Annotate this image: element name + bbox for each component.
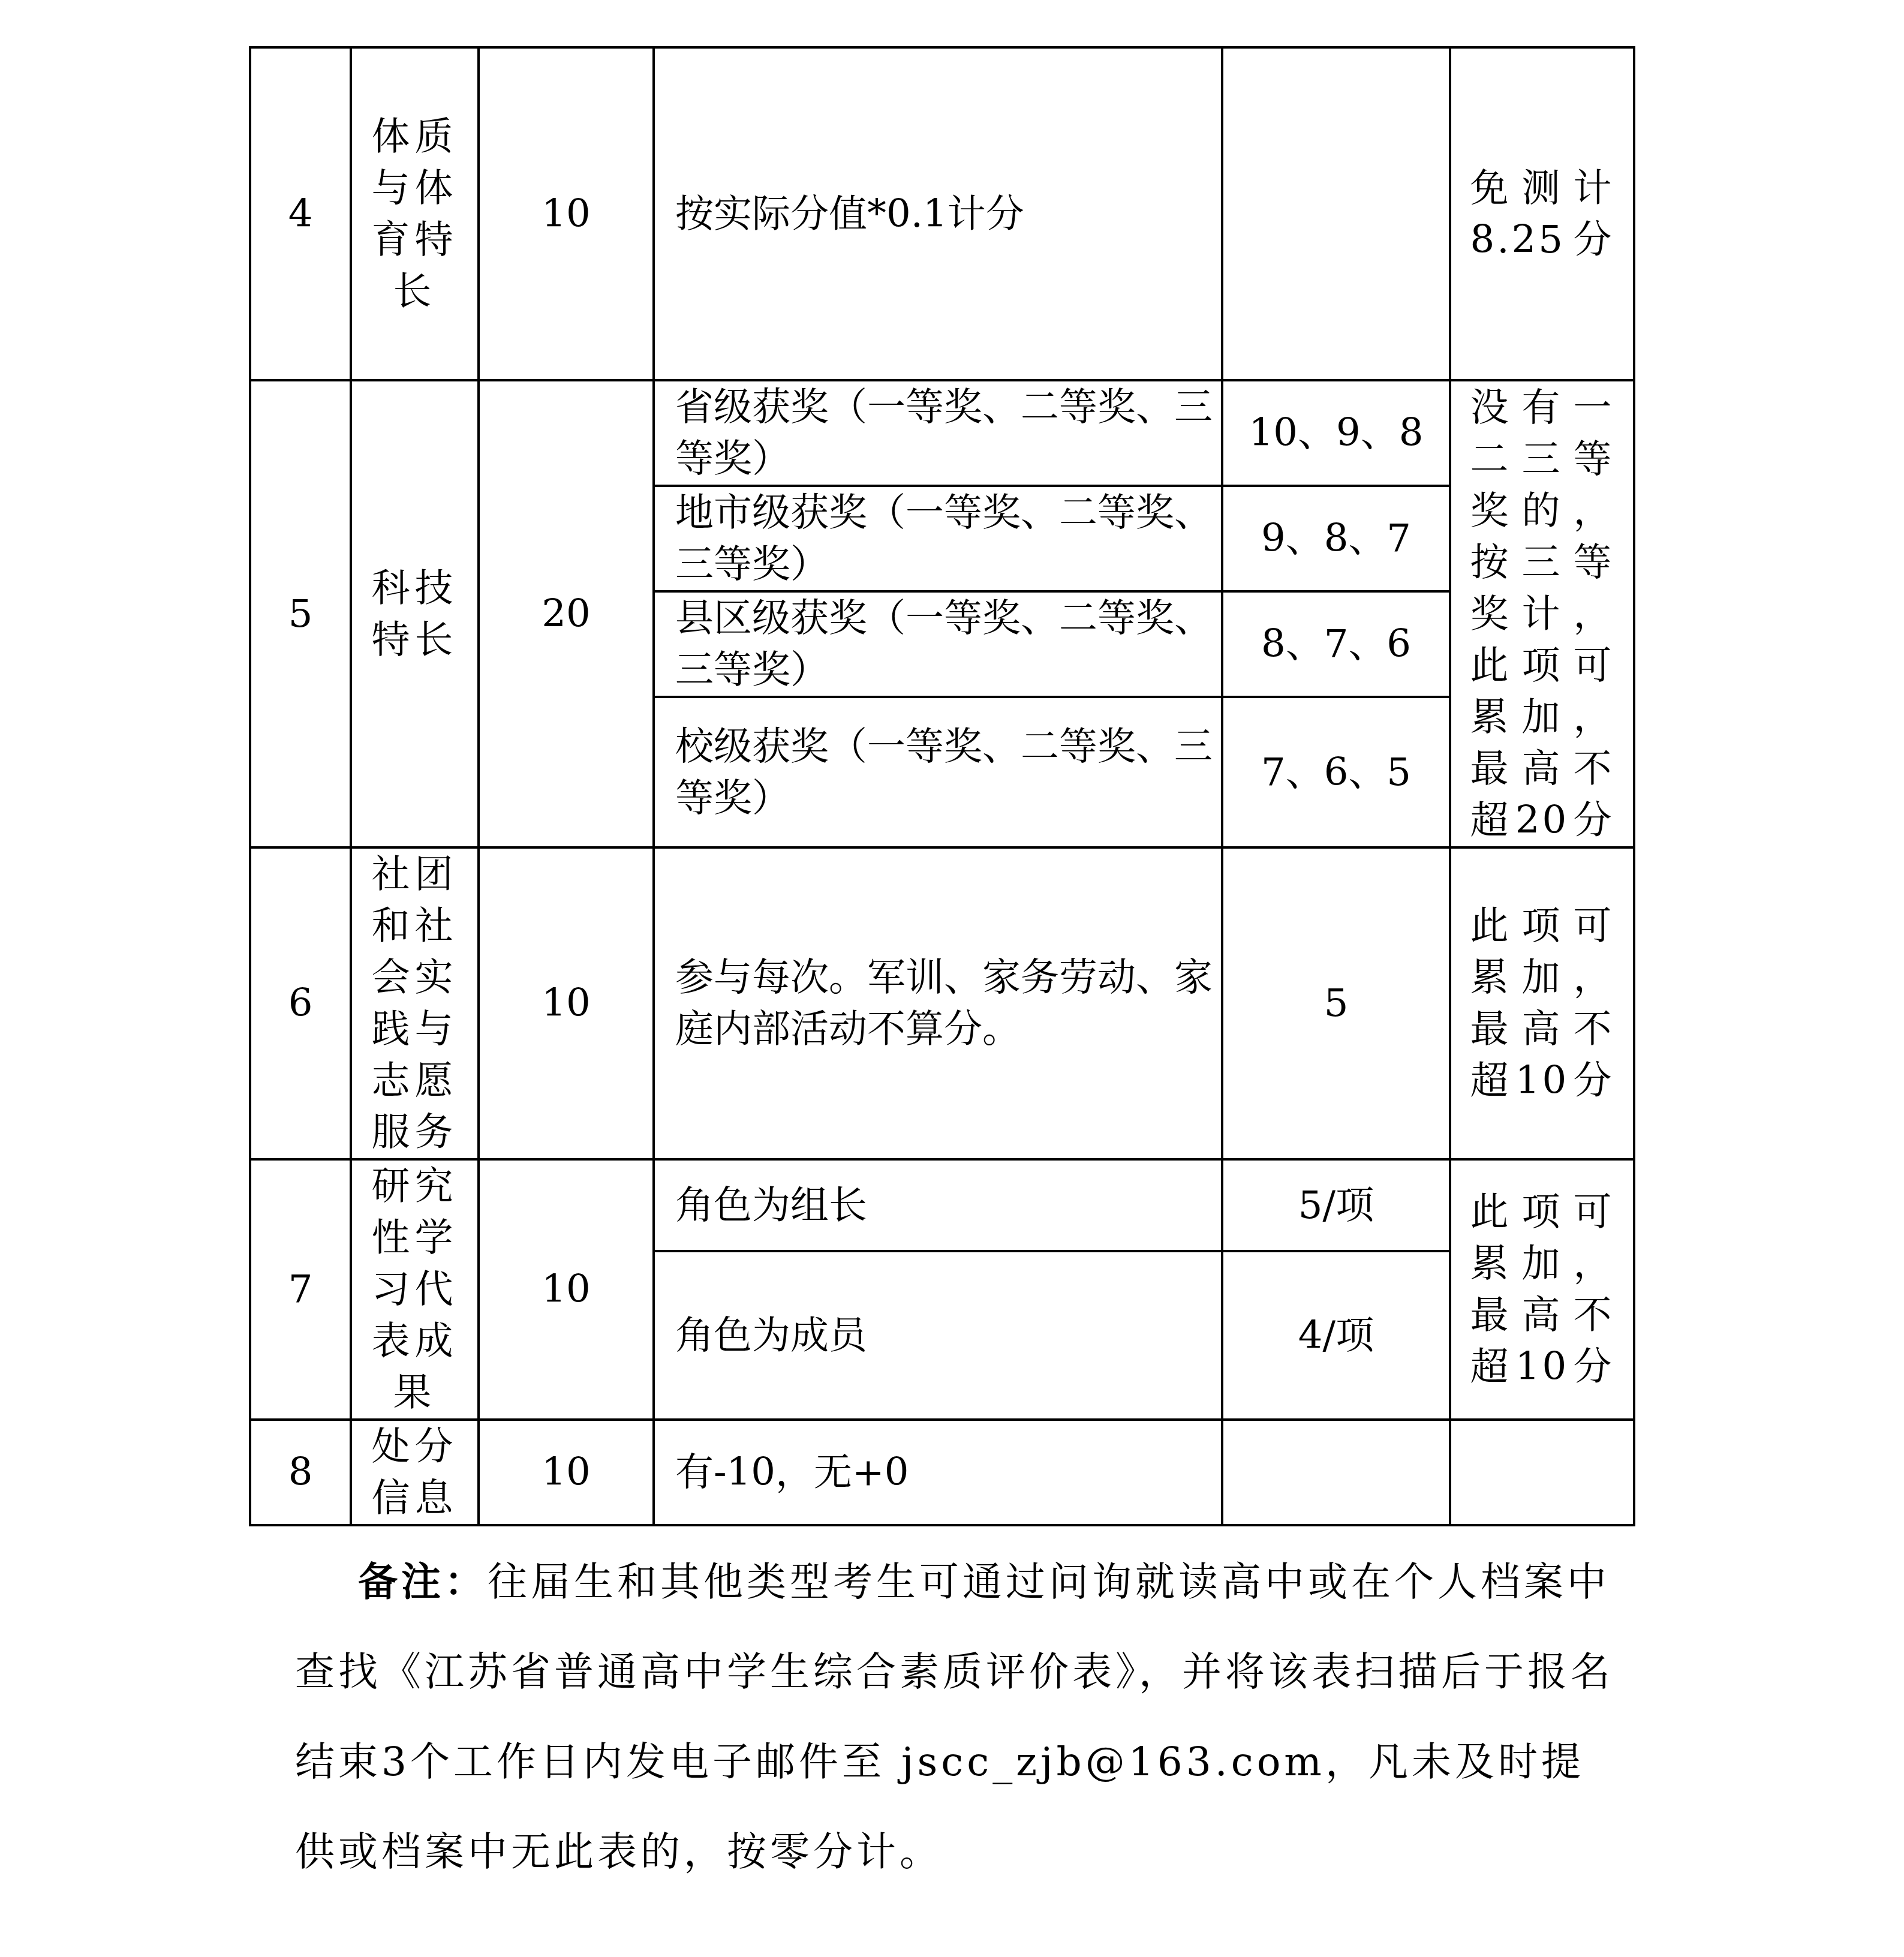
row-note [1450,1420,1634,1525]
criteria-desc: 按实际分值*0.1计分 [654,47,1222,380]
max-score: 10 [479,847,654,1159]
criteria-value: 5/项 [1222,1159,1450,1251]
item-name: 体质与体育特长 [351,47,479,380]
scoring-table: 4 体质与体育特长 10 按实际分值*0.1计分 免测计8.25分 5 科技特长… [249,46,1635,1526]
criteria-value [1222,1420,1450,1525]
criteria-desc: 有-10，无+0 [654,1420,1222,1525]
criteria-value [1222,47,1450,380]
table-row: 4 体质与体育特长 10 按实际分值*0.1计分 免测计8.25分 [250,47,1634,380]
footnote-label: 备注： [358,1558,488,1605]
item-name: 研究性学习代表成果 [351,1159,479,1420]
criteria-value: 7、6、5 [1222,697,1450,847]
max-score: 10 [479,47,654,380]
max-score: 10 [479,1420,654,1525]
item-name: 处分信息 [351,1420,479,1525]
criteria-desc: 地市级获奖（一等奖、二等奖、三等奖） [654,486,1222,591]
footnote-text: 往届生和其他类型考生可通过问询就读高中或在个人档案中查找《江苏省普通高中学生综合… [295,1559,1614,1875]
table-row: 5 科技特长 20 省级获奖（一等奖、二等奖、三等奖） 10、9、8 没有一二三… [250,380,1634,486]
criteria-desc: 参与每次。军训、家务劳动、家庭内部活动不算分。 [654,847,1222,1159]
criteria-desc: 县区级获奖（一等奖、二等奖、三等奖） [654,591,1222,697]
criteria-value: 5 [1222,847,1450,1159]
criteria-value: 4/项 [1222,1251,1450,1420]
row-note: 没有一二三等奖的，按三等奖计，此项可累加，最高不超20分 [1450,380,1634,847]
criteria-value: 10、9、8 [1222,380,1450,486]
criteria-desc: 省级获奖（一等奖、二等奖、三等奖） [654,380,1222,486]
criteria-desc: 角色为成员 [654,1251,1222,1420]
row-number: 7 [250,1159,351,1420]
row-note: 此项可累加，最高不超10分 [1450,847,1634,1159]
max-score: 20 [479,380,654,847]
row-number: 4 [250,47,351,380]
table-row: 7 研究性学习代表成果 10 角色为组长 5/项 此项可累加，最高不超10分 [250,1159,1634,1251]
item-name: 社团和社会实践与志愿服务 [351,847,479,1159]
table-row: 6 社团和社会实践与志愿服务 10 参与每次。军训、家务劳动、家庭内部活动不算分… [250,847,1634,1159]
row-number: 8 [250,1420,351,1525]
item-name: 科技特长 [351,380,479,847]
criteria-desc: 校级获奖（一等奖、二等奖、三等奖） [654,697,1222,847]
footnote: 备注：往届生和其他类型考生可通过问询就读高中或在个人档案中查找《江苏省普通高中学… [295,1537,1614,1897]
table-row: 8 处分信息 10 有-10，无+0 [250,1420,1634,1525]
row-number: 6 [250,847,351,1159]
criteria-value: 9、8、7 [1222,486,1450,591]
row-number: 5 [250,380,351,847]
criteria-value: 8、7、6 [1222,591,1450,697]
row-note: 此项可累加，最高不超10分 [1450,1159,1634,1420]
max-score: 10 [479,1159,654,1420]
criteria-desc: 角色为组长 [654,1159,1222,1251]
row-note: 免测计8.25分 [1450,47,1634,380]
